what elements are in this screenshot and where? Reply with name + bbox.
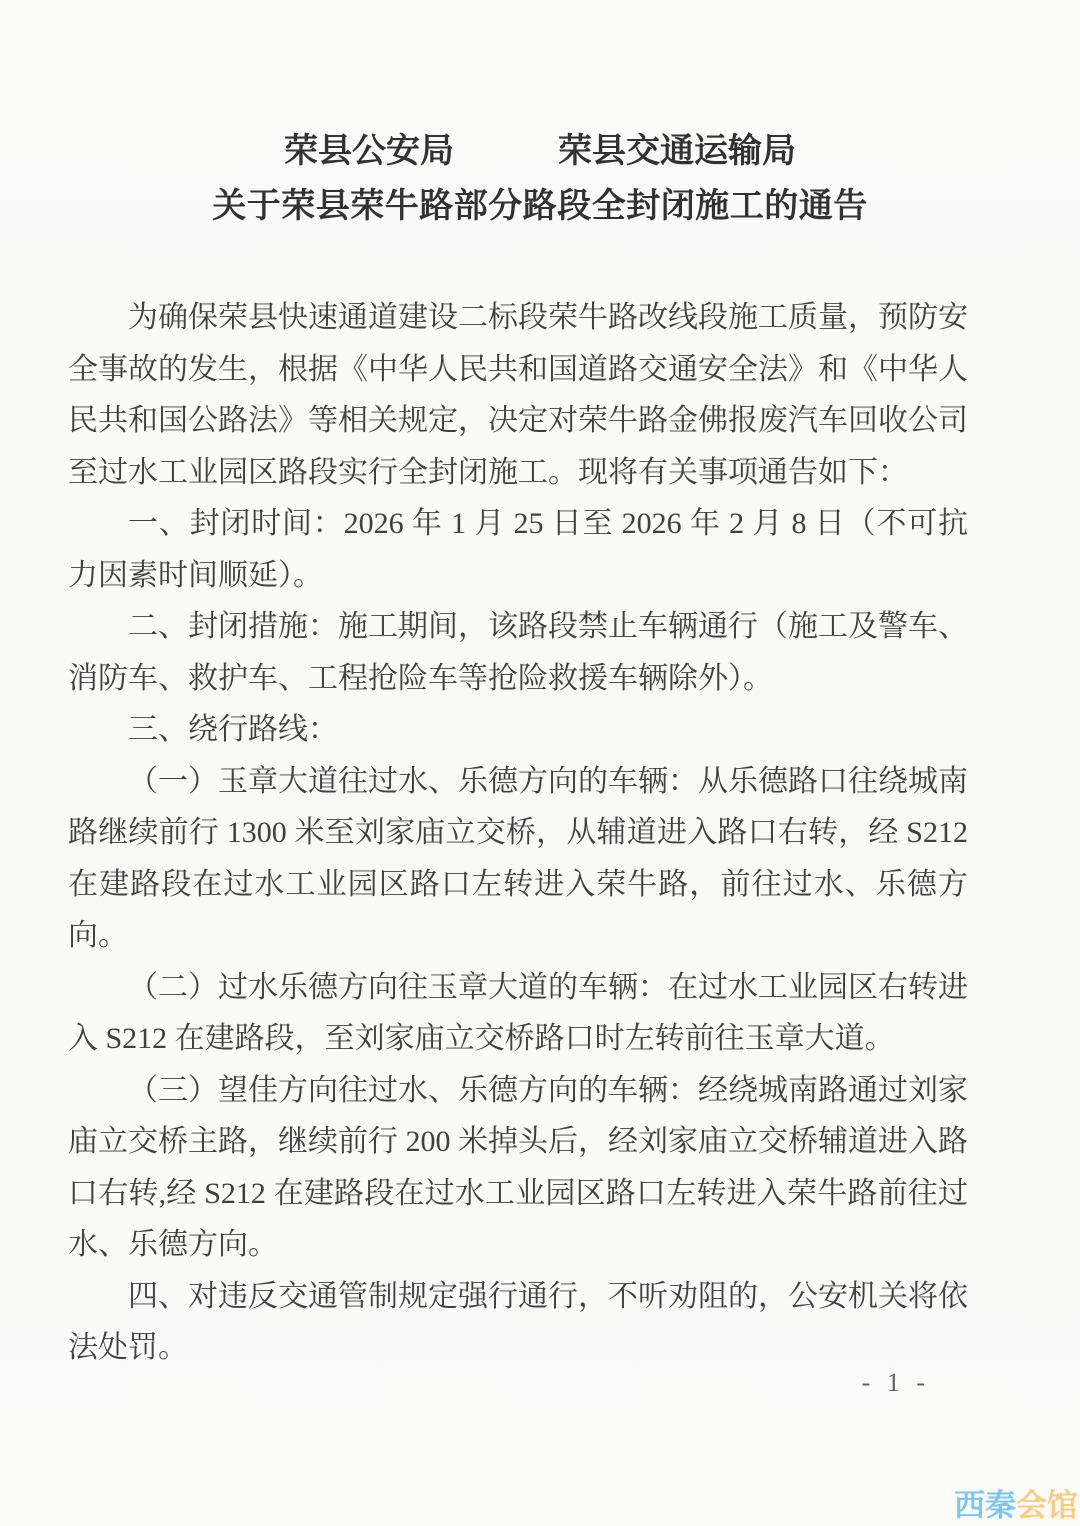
site-watermark-icon: 西秦会馆: [954, 1490, 1078, 1521]
document-title: 关于荣县荣牛路部分路段全封闭施工的通告: [0, 184, 1080, 230]
agency-name-police: 荣县公安局: [284, 130, 454, 174]
document-header: 荣县公安局 荣县交通运输局 关于荣县荣牛路部分路段全封闭施工的通告: [0, 0, 1080, 230]
paragraph: 四、对违反交通管制规定强行通行，不听劝阻的，公安机关将依法处罚。: [68, 1271, 968, 1374]
paragraph: （二）过水乐德方向往玉章大道的车辆：在过水工业园区右转进入 S212 在建路段，…: [68, 962, 968, 1065]
watermark-text-part: 会馆: [1016, 1488, 1078, 1523]
paragraph: （一）玉章大道往过水、乐德方向的车辆：从乐德路口往绕城南路继续前行 1300 米…: [68, 756, 968, 962]
paragraph: 三、绕行路线：: [68, 704, 968, 756]
document-page: 荣县公安局 荣县交通运输局 关于荣县荣牛路部分路段全封闭施工的通告 为确保荣县快…: [0, 0, 1080, 1526]
watermark-text-part: 西秦: [954, 1488, 1016, 1523]
page-number: - 1 -: [862, 1368, 930, 1398]
document-body: 为确保荣县快速通道建设二标段荣牛路改线段施工质量，预防安全事故的发生，根据《中华…: [68, 292, 968, 1374]
paragraph: （三）望佳方向往过水、乐德方向的车辆：经绕城南路通过刘家庙立交桥主路，继续前行 …: [68, 1065, 968, 1271]
issuing-agencies: 荣县公安局 荣县交通运输局: [0, 130, 1080, 174]
paragraph: 为确保荣县快速通道建设二标段荣牛路改线段施工质量，预防安全事故的发生，根据《中华…: [68, 292, 968, 498]
paragraph: 二、封闭措施：施工期间，该路段禁止车辆通行（施工及警车、消防车、救护车、工程抢险…: [68, 601, 968, 704]
paragraph: 一、封闭时间：2026 年 1 月 25 日至 2026 年 2 月 8 日（不…: [68, 498, 968, 601]
agency-name-transport: 荣县交通运输局: [558, 130, 796, 174]
